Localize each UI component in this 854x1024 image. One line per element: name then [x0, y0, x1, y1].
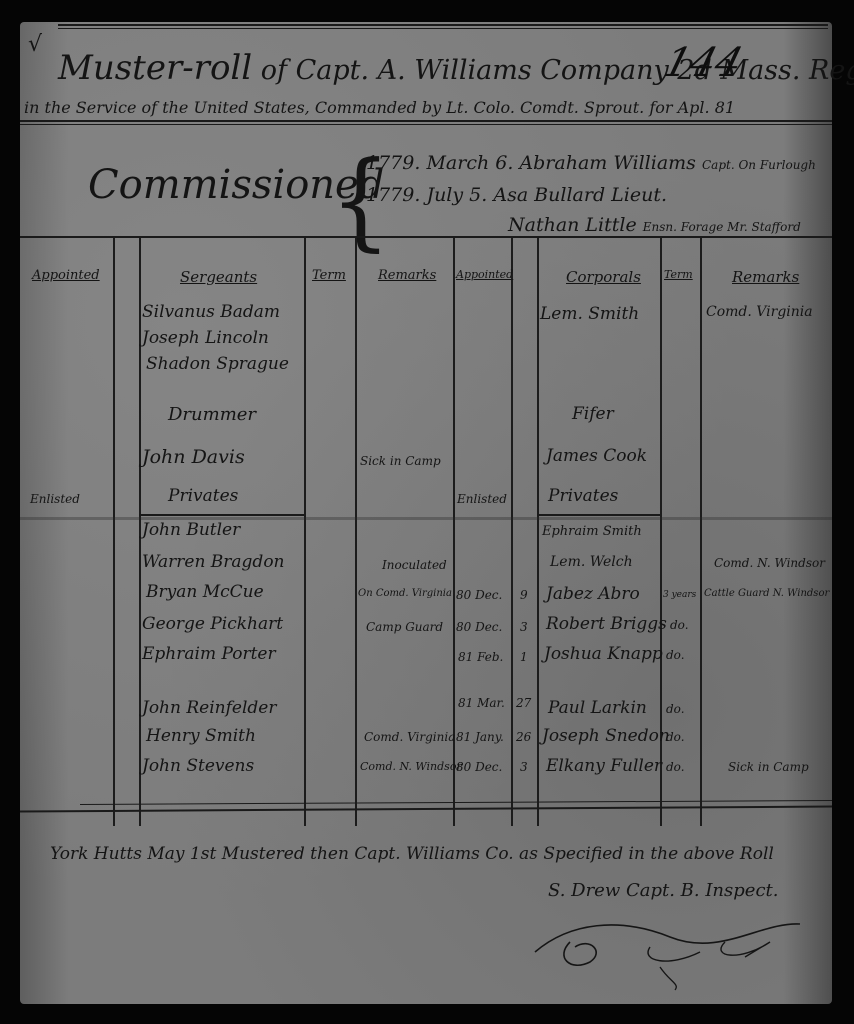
- commission-name: Abraham Williams: [519, 152, 696, 174]
- sergeant-name: Joseph Lincoln: [142, 328, 269, 348]
- private-name: Lem. Welch: [550, 554, 633, 570]
- title-line-2: in the Service of the United States, Com…: [24, 98, 735, 117]
- private-term: do.: [666, 730, 685, 744]
- top-rule: [58, 24, 828, 26]
- column-divider: [355, 238, 357, 826]
- muster-note: York Hutts May 1st Mustered then Capt. W…: [50, 844, 774, 864]
- fifer-name: James Cook: [546, 446, 647, 466]
- drummer-remark: Sick in Camp: [360, 454, 441, 468]
- commission-entry: 1779. July 5. Asa Bullard Lieut.: [366, 184, 667, 206]
- commission-date: July 5.: [426, 184, 487, 206]
- privates-rule-right: [537, 514, 660, 516]
- private-name: Paul Larkin: [548, 698, 647, 718]
- corporal-remark: Comd. Virginia: [706, 304, 813, 320]
- header-term-right: Term: [664, 268, 693, 281]
- private-enlisted: 80 Dec.: [456, 588, 502, 602]
- private-name: Ephraim Porter: [142, 644, 276, 664]
- private-enlisted: 80 Dec.: [456, 760, 502, 774]
- private-name: Bryan McCue: [146, 582, 264, 602]
- enlisted-label-2: Enlisted: [457, 492, 507, 506]
- column-divider: [304, 238, 306, 826]
- private-name: John Reinfelder: [142, 698, 276, 718]
- header-remarks-right: Remarks: [732, 268, 799, 286]
- page-number: 144: [659, 40, 748, 86]
- private-remark: Comd. Virginia: [364, 730, 455, 744]
- column-divider: [113, 238, 115, 826]
- header-appointed: Appointed: [32, 268, 100, 283]
- private-remark: Cattle Guard N. Windsor: [704, 588, 829, 599]
- enlisted-label: Enlisted: [30, 492, 80, 506]
- corporal-name: Lem. Smith: [540, 304, 639, 324]
- sergeant-name: Silvanus Badam: [142, 302, 280, 322]
- private-name: Elkany Fuller: [546, 756, 662, 776]
- private-term: 3 years: [663, 590, 696, 600]
- column-divider: [139, 238, 141, 826]
- private-name: John Stevens: [142, 756, 254, 776]
- title-rest: of Capt. A. Williams Company 2d Mass. Re…: [261, 55, 854, 86]
- commission-year: 1779: [366, 152, 414, 174]
- check-mark: √: [28, 32, 42, 57]
- private-name: Robert Briggs: [546, 614, 667, 634]
- privates-rule-left: [139, 514, 304, 516]
- top-rule-2: [58, 28, 828, 29]
- header-appointed-2: Appointed: [456, 268, 513, 281]
- private-name: Joseph Snedon: [542, 726, 670, 746]
- commission-entry: 1779. March 6. Abraham Williams Capt. On…: [366, 152, 816, 174]
- column-divider: [700, 238, 702, 826]
- private-day: 3: [520, 760, 528, 774]
- private-term: do.: [666, 760, 685, 774]
- inspector-signature: S. Drew Capt. B. Inspect.: [548, 880, 778, 901]
- header-sergeants: Sergeants: [180, 268, 257, 286]
- commission-year: 1779: [366, 184, 414, 206]
- private-remark: Comd. N. Windsor: [360, 760, 462, 773]
- header-corporals: Corporals: [566, 268, 641, 286]
- private-enlisted: 80 Dec.: [456, 620, 502, 634]
- header-rule: [20, 120, 832, 122]
- commission-rank: Capt. On Furlough: [702, 158, 816, 172]
- commission-rank: Lieut.: [611, 184, 667, 206]
- drummer-name: John Davis: [142, 446, 245, 468]
- private-remark: Camp Guard: [366, 620, 443, 634]
- private-remark: On Comd. Virginia: [358, 588, 452, 599]
- private-term: do.: [666, 648, 685, 662]
- private-name: Henry Smith: [146, 726, 256, 746]
- commission-name: Asa Bullard: [493, 184, 605, 206]
- private-enlisted: 81 Jany.: [456, 730, 504, 744]
- privates-heading-right: Privates: [548, 486, 618, 506]
- private-day: 9: [520, 588, 528, 602]
- header-rule-2: [20, 124, 832, 125]
- private-name: John Butler: [142, 520, 240, 540]
- fifer-heading: Fifer: [572, 404, 614, 424]
- column-divider: [537, 238, 539, 826]
- muster-roll-page: √ Muster-roll of Capt. A. Williams Compa…: [20, 22, 832, 1004]
- table-bottom-rule-2: [20, 806, 832, 813]
- private-name: Jabez Abro: [546, 584, 640, 604]
- commission-rank: Ensn. Forage Mr. Stafford: [643, 220, 801, 234]
- private-day: 26: [516, 730, 531, 744]
- private-remark: Inoculated: [382, 558, 447, 572]
- table-bottom-rule: [80, 800, 832, 805]
- private-enlisted: 81 Mar.: [458, 696, 505, 710]
- drummer-heading: Drummer: [168, 404, 256, 425]
- commission-name: Nathan Little: [508, 214, 637, 236]
- private-name: Ephraim Smith: [542, 524, 642, 539]
- commission-date: March 6.: [426, 152, 513, 174]
- private-enlisted: 81 Feb.: [458, 650, 503, 664]
- private-remark: Comd. N. Windsor: [714, 556, 825, 570]
- private-name: George Pickhart: [142, 614, 283, 634]
- header-remarks: Remarks: [378, 268, 436, 283]
- private-term: do.: [666, 702, 685, 716]
- commission-entry: Nathan Little Ensn. Forage Mr. Stafford: [508, 214, 801, 236]
- private-term: do.: [670, 618, 689, 632]
- column-divider: [511, 238, 513, 826]
- private-remark: Sick in Camp: [728, 760, 809, 774]
- table-top-rule: [20, 236, 832, 238]
- sergeant-name: Shadon Sprague: [146, 354, 289, 374]
- privates-heading: Privates: [168, 486, 238, 506]
- signature-flourish-icon: [530, 912, 810, 992]
- private-day: 1: [520, 650, 528, 664]
- private-day: 27: [516, 696, 531, 710]
- header-term: Term: [312, 268, 346, 283]
- private-name: Warren Bragdon: [142, 552, 285, 572]
- title-lead: Muster-roll: [58, 48, 252, 88]
- private-name: Joshua Knapp: [544, 644, 663, 664]
- private-day: 3: [520, 620, 528, 634]
